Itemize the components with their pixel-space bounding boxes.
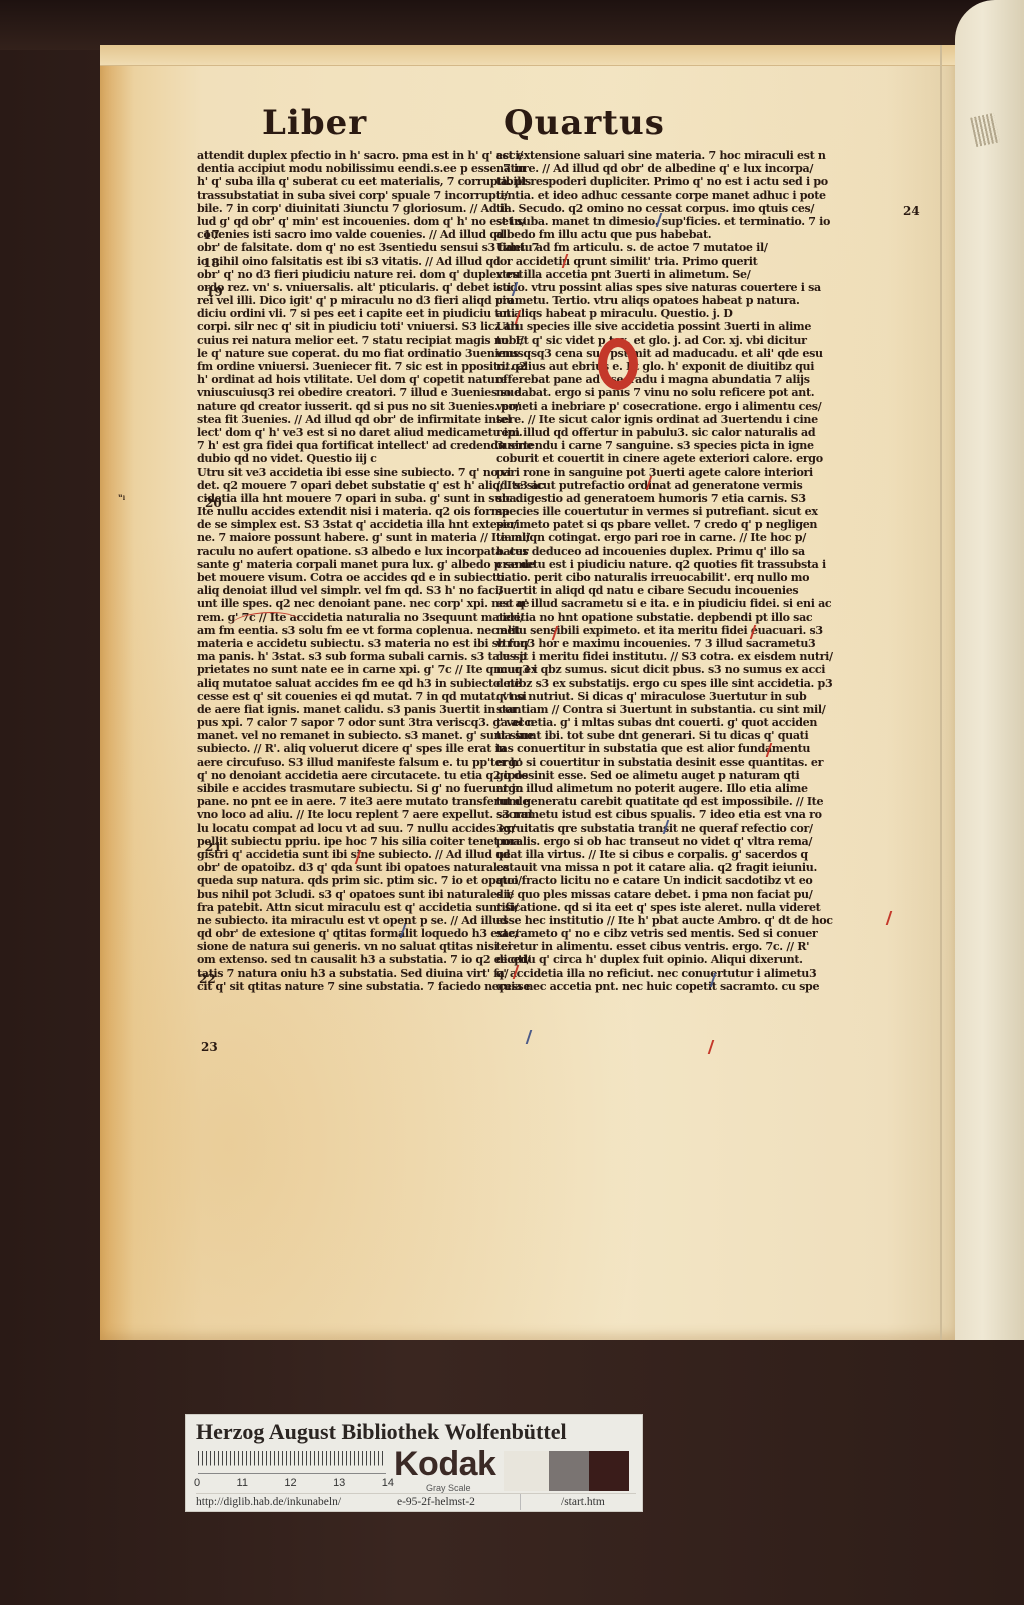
- library-name: Herzog August Bibliothek Wolfenbüttel: [196, 1419, 567, 1445]
- ruler-label: 12: [284, 1477, 296, 1489]
- text-line: tia. Secudo. q2 omino no cessat corpus. …: [496, 202, 891, 215]
- margin-number: 18: [203, 256, 220, 270]
- margin-number: 22: [199, 972, 216, 986]
- text-line: an aliqs habeat p miraculu. Questio. j. …: [496, 307, 891, 320]
- text-line: cudo. vtru possint alias spes sive natur…: [496, 281, 891, 294]
- ruler-labels: 0 11 12 13 14: [194, 1477, 394, 1489]
- text-line: 3uertit in aliqd qd natu e cibare Secudu…: [496, 584, 891, 597]
- text-line: verueti a inebriare p' cosecratione. erg…: [496, 400, 891, 413]
- text-line: tu. Et q' sic videt p tex. et glo. j. ad…: [496, 334, 891, 347]
- text-line: 3gruitatis qre substatia transit ne quer…: [496, 822, 891, 835]
- scale-ruler: [198, 1451, 386, 1475]
- text-line: species ille couertutur in vermes si put…: [496, 505, 891, 518]
- margin-number: 24: [903, 204, 920, 218]
- text-line: tas conuertitur in substatia que est ali…: [496, 742, 891, 755]
- ruler-label: 13: [333, 1477, 345, 1489]
- text-line: quia nec accetia pnt. nec huic copetit s…: [496, 980, 891, 993]
- margin-number: 20: [205, 496, 222, 510]
- text-line: lor accidetiu qrunt similit' tria. Primo…: [496, 255, 891, 268]
- margin-number: 19: [206, 285, 223, 299]
- text-line: vtru illa accetia pnt 3uerti in alimetum…: [496, 268, 891, 281]
- text-line: Uantu ad fm articulu. s. de actoe 7 muta…: [496, 241, 891, 254]
- text-line: tia sunt ibi. tot sube dnt generari. Si …: [496, 729, 891, 742]
- ruler-label: 0: [194, 1477, 200, 1489]
- source-url: http://diglib.hab.de/inkunabeln/ e-95-2f…: [196, 1493, 636, 1510]
- text-line: no dabat. ergo si panis 7 vinu no solu r…: [496, 386, 891, 399]
- page-gutter: [940, 45, 942, 1340]
- text-line: tentia. et ideo adhuc cessante corpe man…: [496, 189, 891, 202]
- text-line: ta. pt respoderi dupliciter. Primo q' no…: [496, 175, 891, 188]
- page-top-edge: [100, 45, 955, 66]
- ruler-baseline: [198, 1473, 386, 1474]
- text-line: quo fracto licitu no e catare Un indicit…: [496, 874, 891, 887]
- text-line: cidetia no hnt opatione substatie. depbe…: [496, 611, 891, 624]
- text-line: stantiam // Contra si 3uertunt in substa…: [496, 703, 891, 716]
- running-head-right: Quartus: [504, 103, 665, 143]
- margin-number: 17: [203, 228, 220, 242]
- text-line: die quo ples missas catare debet. i pma …: [496, 888, 891, 901]
- text-line: sacrametu istud est cibus spualis. 7 ide…: [496, 808, 891, 821]
- text-line: vtruq3 hor e maximu incouenies. 7 3 illu…: [496, 637, 891, 650]
- text-line: esse hec institutio // Ite h' pbat aucte…: [496, 914, 891, 927]
- text-line: coburit et couertit in cinere agete exte…: [496, 452, 891, 465]
- color-calibration-target: Herzog August Bibliothek Wolfenbüttel 0 …: [185, 1414, 643, 1512]
- text-line: batur deduceo ad incouenies duplex. Prim…: [496, 545, 891, 558]
- text-line: detibz s3 ex substatijs. ergo cu spes il…: [496, 677, 891, 690]
- show-through-heading: [970, 113, 1000, 147]
- url-id: e-95-2f-helmst-2: [397, 1496, 475, 1508]
- text-line: go desinit esse. Sed oe alimetu auget p …: [496, 769, 891, 782]
- url-base: http://diglib.hab.de/inkunabeln/: [196, 1496, 341, 1508]
- text-line: dicedu q' circa h' duplex fuit opinio. A…: [496, 953, 891, 966]
- text-line: set suba. manet tn dimesio. sup'ficies. …: [496, 215, 891, 228]
- text-line: poralis. ergo si ob hac transeut no vide…: [496, 835, 891, 848]
- text-line: pari rone in sanguine pot 3uerti agete c…: [496, 466, 891, 479]
- text-line: q' no nutriut. Si dicas q' miraculose 3u…: [496, 690, 891, 703]
- red-flourish-mark: [230, 612, 300, 637]
- text-line: rificatione. qd si ita eet q' spes iste …: [496, 901, 891, 914]
- text-line: est extensione saluari sine materia. 7 h…: [496, 149, 891, 162]
- text-line: perimeto patet si qs pbare vellet. 7 cre…: [496, 518, 891, 531]
- text-line: rem illud qd offertur in pabulu3. sic ca…: [496, 426, 891, 439]
- swatch-white: [504, 1451, 549, 1491]
- margin-number: 23: [201, 1040, 218, 1054]
- text-line: ta accetia. g' i mltas subas dnt couerti…: [496, 716, 891, 729]
- swatch-gray: [549, 1451, 589, 1491]
- text-line: crametu est i piudiciu nature. q2 quotie…: [496, 558, 891, 571]
- ruler-label: 11: [237, 1477, 248, 1489]
- text-line: sacrameto q' no e cibz vetris sed mentis…: [496, 927, 891, 940]
- text-column-right: est extensione saluari sine materia. 7 h…: [496, 149, 891, 993]
- text-line: vnusqsq3 cena sua psumit ad maducadu. et…: [496, 347, 891, 360]
- text-line: rit. alius aut ebrius e. Et glo. h' expo…: [496, 360, 891, 373]
- text-line: sic digestio ad generatoem humoris 7 eti…: [496, 492, 891, 505]
- url-suffix: /start.htm: [561, 1496, 605, 1508]
- margin-annotation: ᵘₗ: [118, 493, 125, 503]
- text-line: sere. // Ite sicut calor ignis ordinat a…: [496, 413, 891, 426]
- text-line: cu sit i meritu fidei institutu. // S3 c…: [496, 650, 891, 663]
- text-line: Utru species ille sive accidetia possint…: [496, 320, 891, 333]
- text-line: tiatio. perit cibo naturalis irreuocabil…: [496, 571, 891, 584]
- swatch-black: [589, 1451, 629, 1491]
- text-line: // Ite sicut putrefactio ordinat ad gene…: [496, 479, 891, 492]
- text-line: teretur in alimentu. esset cibus ventris…: [496, 940, 891, 953]
- text-line: 3uertendu i carne 7 sanguine. s3 species…: [496, 439, 891, 452]
- text-line: ergo illud alimetum no poterit augere. I…: [496, 782, 891, 795]
- text-line: albedo fm illu actu que pus habebat.: [496, 228, 891, 241]
- text-line: neat illa virtus. // Ite si cibus e corp…: [496, 848, 891, 861]
- text-line: ergo si couertitur in substatia desinit …: [496, 756, 891, 769]
- margin-number: 21: [205, 840, 222, 854]
- text-line: q' accidetia illa no reficiut. nec conue…: [496, 967, 891, 980]
- scan-backdrop: [0, 0, 1024, 50]
- url-divider: [520, 1494, 521, 1510]
- decorated-initial-q: [598, 338, 638, 390]
- text-line: mur ex qbz sumus. sicut dicit pbus. s3 n…: [496, 663, 891, 676]
- text-line: tia aliqn cotingat. ergo pari roe in car…: [496, 531, 891, 544]
- facing-page-edge: [955, 0, 1024, 1340]
- text-line: nature. // Ad illud qd obr' de albedine …: [496, 162, 891, 175]
- text-line: crametu. Tertio. vtru aliqs opatoes habe…: [496, 294, 891, 307]
- kodak-logo: Kodak: [394, 1445, 495, 1484]
- text-line: est q' illud sacrametu si e ita. e in pi…: [496, 597, 891, 610]
- text-line: catauit vna missa n pot it catare alia. …: [496, 861, 891, 874]
- ruler-label: 14: [382, 1477, 394, 1489]
- gray-scale-label: Gray Scale: [426, 1483, 471, 1493]
- text-line: offerebat pane ad 3secradu i magna abund…: [496, 373, 891, 386]
- running-head-left: Liber: [262, 103, 367, 143]
- text-line: tum generatu carebit quatitate qd est im…: [496, 795, 891, 808]
